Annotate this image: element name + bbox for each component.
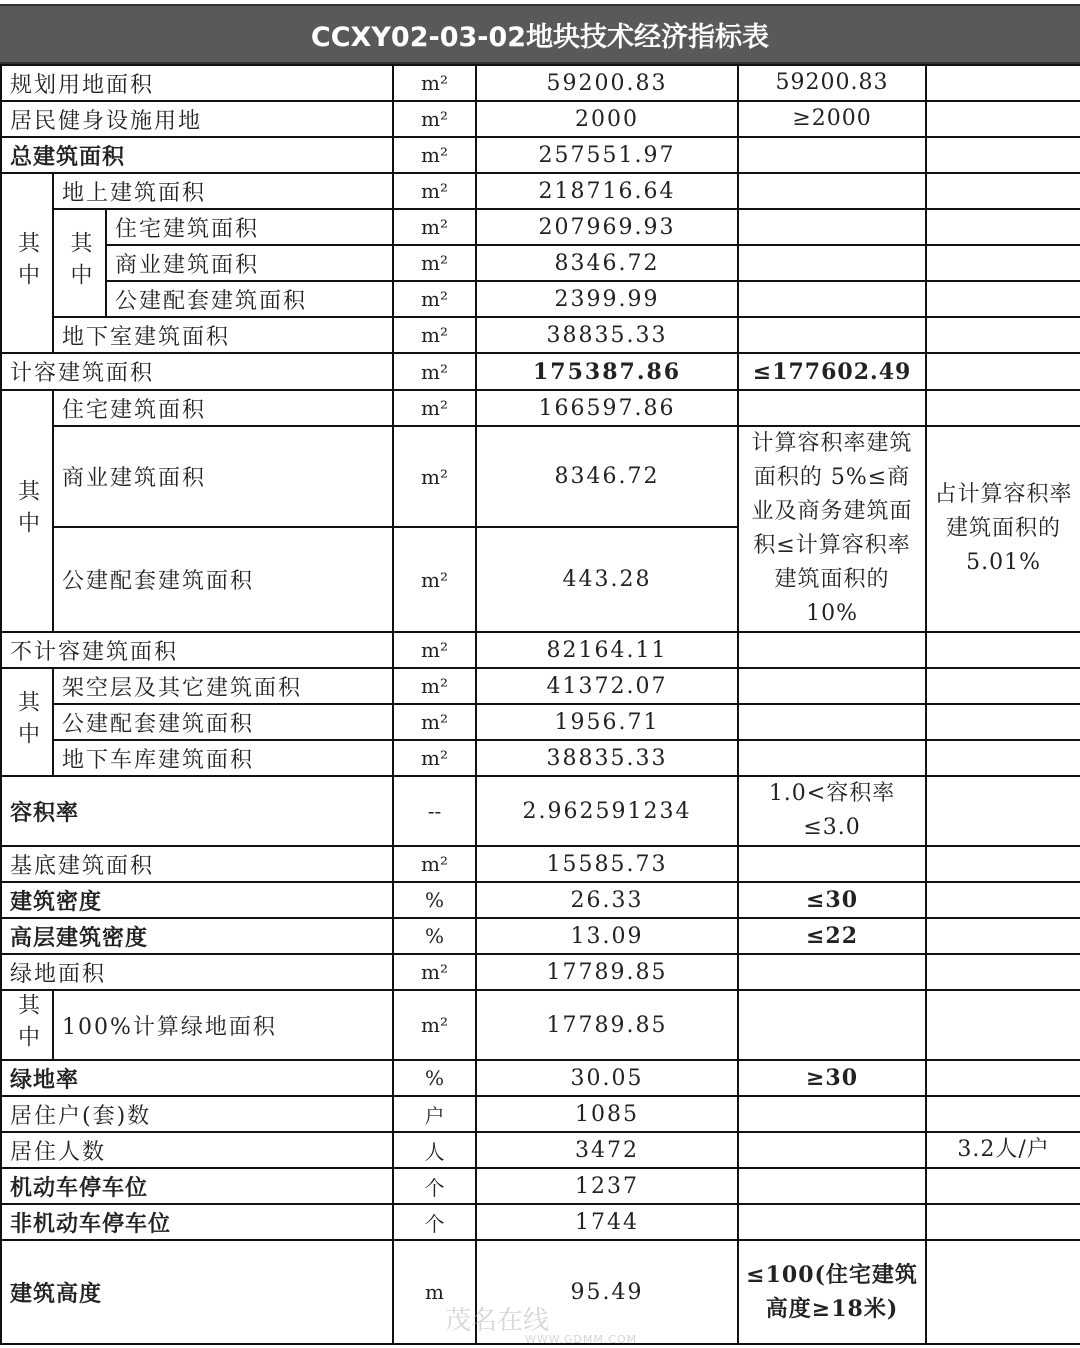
group-label: 其中 [1,990,53,1060]
row-unit: m² [393,353,476,390]
row-limit: ≤22 [738,918,926,954]
row-label: 公建配套建筑面积 [53,527,393,632]
row-unit: m² [393,65,476,101]
row-value: 8346.72 [476,245,738,281]
row-note [926,101,1080,137]
row-label: 绿地面积 [1,954,393,990]
row-unit: 个 [393,1204,476,1240]
row-unit: % [393,882,476,918]
row-value: 1085 [476,1096,738,1132]
row-label: 高层建筑密度 [1,918,393,954]
row-value: 2399.99 [476,281,738,317]
row-label: 基底建筑面积 [1,846,393,882]
row-limit [738,990,926,1060]
table-row: 其中 住宅建筑面积 m² 166597.86 [1,390,1080,426]
group-label: 其中 [1,173,53,353]
table-row: 居民健身设施用地 m² 2000 ≥2000 [1,101,1080,137]
row-value: 166597.86 [476,390,738,426]
row-unit: % [393,1060,476,1096]
row-limit [738,668,926,704]
row-limit [738,954,926,990]
row-limit: ≤177602.49 [738,353,926,390]
row-limit: ≤100(住宅建筑高度≥18米) [738,1240,926,1344]
table-row: 其中 100%计算绿地面积 m² 17789.85 [1,990,1080,1060]
table-row: 高层建筑密度 % 13.09 ≤22 [1,918,1080,954]
row-note [926,776,1080,846]
row-value: 38835.33 [476,740,738,776]
row-label: 居住人数 [1,1132,393,1168]
row-note [926,353,1080,390]
row-label: 绿地率 [1,1060,393,1096]
row-value: 443.28 [476,527,738,632]
row-value: 59200.83 [476,65,738,101]
row-limit: ≥30 [738,1060,926,1096]
table-row: 地下车库建筑面积 m² 38835.33 [1,740,1080,776]
row-label: 规划用地面积 [1,65,393,101]
row-note [926,990,1080,1060]
table-row: 基底建筑面积 m² 15585.73 [1,846,1080,882]
row-limit [738,1204,926,1240]
row-note [926,1060,1080,1096]
row-label: 商业建筑面积 [106,245,393,281]
row-value: 82164.11 [476,632,738,668]
row-unit: m [393,1240,476,1344]
row-limit [738,245,926,281]
table-row: 非机动车停车位 个 1744 [1,1204,1080,1240]
table-row: 其中 住宅建筑面积 m² 207969.93 [1,209,1080,245]
group-label: 其中 [1,390,53,632]
row-limit [738,281,926,317]
row-value: 1956.71 [476,704,738,740]
row-unit: 户 [393,1096,476,1132]
row-limit [738,1168,926,1204]
row-label: 非机动车停车位 [1,1204,393,1240]
table-row: 居住人数 人 3472 3.2人/户 [1,1132,1080,1168]
row-limit [738,704,926,740]
row-note [926,1204,1080,1240]
row-note [926,668,1080,704]
row-unit: 个 [393,1168,476,1204]
row-unit: m² [393,846,476,882]
row-label: 100%计算绿地面积 [53,990,393,1060]
row-label: 商业建筑面积 [53,426,393,527]
row-unit: m² [393,137,476,173]
row-label: 居民健身设施用地 [1,101,393,137]
row-unit: m² [393,101,476,137]
table-row: 居住户(套)数 户 1085 [1,1096,1080,1132]
row-value: 41372.07 [476,668,738,704]
row-label: 地下车库建筑面积 [53,740,393,776]
row-note [926,882,1080,918]
row-label: 住宅建筑面积 [53,390,393,426]
table-row: 建筑高度 m 95.49 ≤100(住宅建筑高度≥18米) [1,1240,1080,1344]
row-value: 1744 [476,1204,738,1240]
row-note [926,173,1080,209]
table-row: 建筑密度 % 26.33 ≤30 [1,882,1080,918]
row-value: 8346.72 [476,426,738,527]
row-unit: % [393,918,476,954]
row-note [926,317,1080,353]
row-label: 公建配套建筑面积 [53,704,393,740]
row-limit: 59200.83 [738,65,926,101]
row-value: 3472 [476,1132,738,1168]
row-note [926,1240,1080,1344]
table-row: 商业建筑面积 m² 8346.72 [1,245,1080,281]
row-limit [738,1096,926,1132]
row-note [926,281,1080,317]
row-note [926,209,1080,245]
row-unit: m² [393,173,476,209]
row-note [926,740,1080,776]
row-label: 建筑高度 [1,1240,393,1344]
row-value: 17789.85 [476,954,738,990]
table-title: CCXY02-03-02地块技术经济指标表 [0,4,1080,64]
row-limit [738,390,926,426]
row-unit: m² [393,426,476,527]
row-label: 机动车停车位 [1,1168,393,1204]
row-unit: m² [393,954,476,990]
row-label: 地上建筑面积 [53,173,393,209]
row-value: 15585.73 [476,846,738,882]
table-row: 规划用地面积 m² 59200.83 59200.83 [1,65,1080,101]
row-value: 38835.33 [476,317,738,353]
row-unit: m² [393,281,476,317]
row-limit [738,1132,926,1168]
row-note [926,918,1080,954]
table-row: 公建配套建筑面积 m² 2399.99 [1,281,1080,317]
row-note: 3.2人/户 [926,1132,1080,1168]
row-value: 257551.97 [476,137,738,173]
row-value: 1237 [476,1168,738,1204]
row-label: 建筑密度 [1,882,393,918]
row-note [926,632,1080,668]
table-row: 其中 架空层及其它建筑面积 m² 41372.07 [1,668,1080,704]
row-unit: 人 [393,1132,476,1168]
row-label: 地下室建筑面积 [53,317,393,353]
row-unit: m² [393,245,476,281]
row-note [926,954,1080,990]
row-limit [738,209,926,245]
table-row: 其中 地上建筑面积 m² 218716.64 [1,173,1080,209]
row-limit [738,317,926,353]
row-limit [738,632,926,668]
row-label: 总建筑面积 [1,137,393,173]
row-value: 95.49 [476,1240,738,1344]
row-unit: m² [393,527,476,632]
row-note [926,704,1080,740]
table-row: 不计容建筑面积 m² 82164.11 [1,632,1080,668]
row-unit: -- [393,776,476,846]
row-value: 30.05 [476,1060,738,1096]
table-row: 商业建筑面积 m² 8346.72 计算容积率建筑面积的 5%≤商业及商务建筑面… [1,426,1080,527]
row-note [926,390,1080,426]
row-unit: m² [393,209,476,245]
row-value: 13.09 [476,918,738,954]
row-note [926,137,1080,173]
subgroup-label: 其中 [53,209,106,317]
row-unit: m² [393,632,476,668]
row-label: 容积率 [1,776,393,846]
table-row: 绿地率 % 30.05 ≥30 [1,1060,1080,1096]
table-row: 地下室建筑面积 m² 38835.33 [1,317,1080,353]
row-limit: ≤30 [738,882,926,918]
table-row: 总建筑面积 m² 257551.97 [1,137,1080,173]
indicator-table: 规划用地面积 m² 59200.83 59200.83 居民健身设施用地 m² … [0,64,1080,1345]
row-unit: m² [393,317,476,353]
row-label: 居住户(套)数 [1,1096,393,1132]
row-limit [738,137,926,173]
table-row: 机动车停车位 个 1237 [1,1168,1080,1204]
table-row: 计容建筑面积 m² 175387.86 ≤177602.49 [1,353,1080,390]
row-limit: ≥2000 [738,101,926,137]
row-value: 17789.85 [476,990,738,1060]
row-label: 计容建筑面积 [1,353,393,390]
row-note [926,65,1080,101]
row-value: 207969.93 [476,209,738,245]
row-unit: m² [393,668,476,704]
row-label: 住宅建筑面积 [106,209,393,245]
table-row: 公建配套建筑面积 m² 1956.71 [1,704,1080,740]
row-note [926,846,1080,882]
row-value: 26.33 [476,882,738,918]
row-note [926,1168,1080,1204]
row-value: 2.962591234 [476,776,738,846]
row-limit [738,173,926,209]
row-limit: 1.0<容积率≤3.0 [738,776,926,846]
row-label: 不计容建筑面积 [1,632,393,668]
table-row: 绿地面积 m² 17789.85 [1,954,1080,990]
row-note: 占计算容积率建筑面积的 5.01% [926,426,1080,632]
row-limit [738,846,926,882]
row-unit: m² [393,704,476,740]
row-note [926,245,1080,281]
table-row: 容积率 -- 2.962591234 1.0<容积率≤3.0 [1,776,1080,846]
row-limit: 计算容积率建筑面积的 5%≤商业及商务建筑面积≤计算容积率建筑面积的 10% [738,426,926,632]
row-note [926,1096,1080,1132]
row-unit: m² [393,740,476,776]
group-label: 其中 [1,668,53,776]
row-limit [738,740,926,776]
row-label: 公建配套建筑面积 [106,281,393,317]
row-value: 218716.64 [476,173,738,209]
row-label: 架空层及其它建筑面积 [53,668,393,704]
row-value: 2000 [476,101,738,137]
row-unit: m² [393,990,476,1060]
row-unit: m² [393,390,476,426]
row-value: 175387.86 [476,353,738,390]
